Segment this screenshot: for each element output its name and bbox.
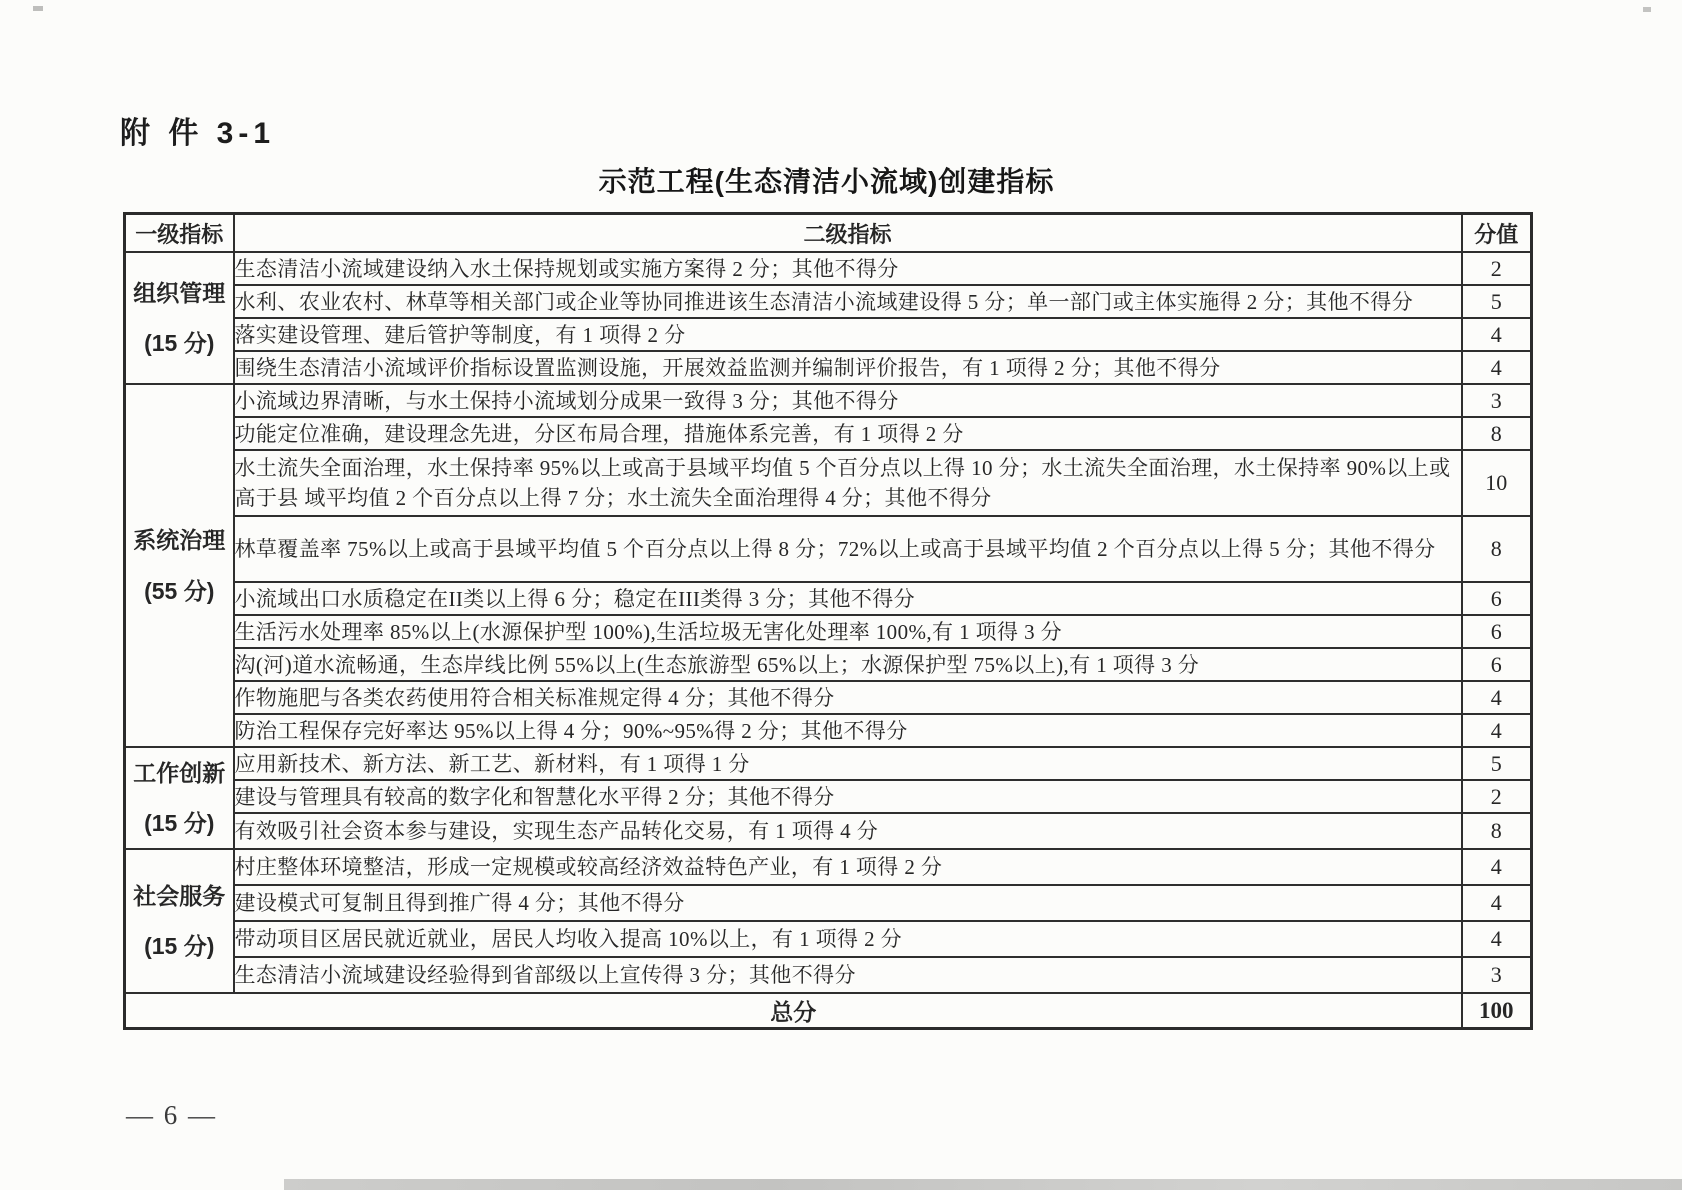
indicator-text: 村庄整体环境整洁，形成一定规模或较高经济效益特色产业，有 1 项得 2 分 — [234, 849, 1462, 885]
attachment-label: 附 件 3-1 — [120, 108, 275, 152]
table-row: 沟(河)道水流畅通，生态岸线比例 55%以上(生态旅游型 65%以上；水源保护型… — [125, 648, 1532, 681]
total-row: 总分 100 — [125, 993, 1532, 1029]
indicator-text: 生活污水处理率 85%以上(水源保护型 100%),生活垃圾无害化处理率 100… — [234, 615, 1462, 648]
group-name: 社会服务 — [126, 879, 233, 914]
page-title: 示范工程(生态清洁小流域)创建指标 — [123, 160, 1530, 200]
score-cell: 10 — [1462, 450, 1532, 516]
table-row: 社会服务 (15 分) 村庄整体环境整洁，形成一定规模或较高经济效益特色产业，有… — [125, 849, 1532, 885]
indicator-text: 建设模式可复制且得到推广得 4 分；其他不得分 — [234, 885, 1462, 921]
group-score: (15 分) — [126, 806, 233, 841]
table-row: 围绕生态清洁小流域评价指标设置监测设施，开展效益监测并编制评价报告，有 1 项得… — [125, 351, 1532, 384]
table-row: 带动项目区居民就近就业，居民人均收入提高 10%以上，有 1 项得 2 分 4 — [125, 921, 1532, 957]
score-cell: 3 — [1462, 384, 1532, 417]
indicator-text: 带动项目区居民就近就业，居民人均收入提高 10%以上，有 1 项得 2 分 — [234, 921, 1462, 957]
score-cell: 6 — [1462, 615, 1532, 648]
score-cell: 6 — [1462, 648, 1532, 681]
group-cell-organization: 组织管理 (15 分) — [125, 252, 234, 384]
table-header-primary: 一级指标 — [125, 214, 234, 253]
group-name: 工作创新 — [126, 756, 233, 791]
table-row: 生活污水处理率 85%以上(水源保护型 100%),生活垃圾无害化处理率 100… — [125, 615, 1532, 648]
score-cell: 4 — [1462, 351, 1532, 384]
table-row: 组织管理 (15 分) 生态清洁小流域建设纳入水土保持规划或实施方案得 2 分；… — [125, 252, 1532, 285]
table-row: 防治工程保存完好率达 95%以上得 4 分；90%~95%得 2 分；其他不得分… — [125, 714, 1532, 747]
group-cell-social: 社会服务 (15 分) — [125, 849, 234, 993]
indicator-text: 水土流失全面治理，水土保持率 95%以上或高于县域平均值 5 个百分点以上得 1… — [234, 450, 1462, 516]
table-row: 水土流失全面治理，水土保持率 95%以上或高于县域平均值 5 个百分点以上得 1… — [125, 450, 1532, 516]
scan-artifact-top-left — [33, 6, 43, 11]
score-cell: 5 — [1462, 747, 1532, 780]
indicator-table-container: 一级指标 二级指标 分值 组织管理 (15 分) 生态清洁小流域建设纳入水土保持… — [123, 212, 1530, 1030]
score-cell: 6 — [1462, 582, 1532, 615]
table-row: 落实建设管理、建后管护等制度，有 1 项得 2 分 4 — [125, 318, 1532, 351]
indicator-text: 防治工程保存完好率达 95%以上得 4 分；90%~95%得 2 分；其他不得分 — [234, 714, 1462, 747]
score-cell: 8 — [1462, 813, 1532, 849]
score-cell: 2 — [1462, 252, 1532, 285]
table-row: 工作创新 (15 分) 应用新技术、新方法、新工艺、新材料，有 1 项得 1 分… — [125, 747, 1532, 780]
score-cell: 5 — [1462, 285, 1532, 318]
indicator-text: 小流域出口水质稳定在II类以上得 6 分；稳定在III类得 3 分；其他不得分 — [234, 582, 1462, 615]
indicator-table: 一级指标 二级指标 分值 组织管理 (15 分) 生态清洁小流域建设纳入水土保持… — [123, 212, 1533, 1030]
indicator-text: 水利、农业农村、林草等相关部门或企业等协同推进该生态清洁小流域建设得 5 分；单… — [234, 285, 1462, 318]
score-cell: 2 — [1462, 780, 1532, 813]
indicator-text: 林草覆盖率 75%以上或高于县域平均值 5 个百分点以上得 8 分；72%以上或… — [234, 516, 1462, 582]
indicator-text: 功能定位准确，建设理念先进，分区布局合理，措施体系完善，有 1 项得 2 分 — [234, 417, 1462, 450]
group-cell-system: 系统治理 (55 分) — [125, 384, 234, 747]
indicator-text: 作物施肥与各类农药使用符合相关标准规定得 4 分；其他不得分 — [234, 681, 1462, 714]
indicator-text: 沟(河)道水流畅通，生态岸线比例 55%以上(生态旅游型 65%以上；水源保护型… — [234, 648, 1462, 681]
table-row: 小流域出口水质稳定在II类以上得 6 分；稳定在III类得 3 分；其他不得分 … — [125, 582, 1532, 615]
group-score: (15 分) — [126, 929, 233, 964]
indicator-text: 生态清洁小流域建设纳入水土保持规划或实施方案得 2 分；其他不得分 — [234, 252, 1462, 285]
group-name: 组织管理 — [126, 276, 233, 311]
table-row: 生态清洁小流域建设经验得到省部级以上宣传得 3 分；其他不得分 3 — [125, 957, 1532, 993]
total-score: 100 — [1462, 993, 1532, 1029]
scan-artifact-top-right — [1643, 7, 1651, 12]
score-cell: 4 — [1462, 921, 1532, 957]
table-row: 建设模式可复制且得到推广得 4 分；其他不得分 4 — [125, 885, 1532, 921]
score-cell: 8 — [1462, 417, 1532, 450]
group-score: (55 分) — [126, 574, 233, 609]
indicator-text: 有效吸引社会资本参与建设，实现生态产品转化交易，有 1 项得 4 分 — [234, 813, 1462, 849]
table-header-secondary: 二级指标 — [234, 214, 1462, 253]
table-row: 有效吸引社会资本参与建设，实现生态产品转化交易，有 1 项得 4 分 8 — [125, 813, 1532, 849]
total-label: 总分 — [125, 993, 1462, 1029]
indicator-text: 生态清洁小流域建设经验得到省部级以上宣传得 3 分；其他不得分 — [234, 957, 1462, 993]
table-row: 作物施肥与各类农药使用符合相关标准规定得 4 分；其他不得分 4 — [125, 681, 1532, 714]
score-cell: 4 — [1462, 849, 1532, 885]
page-number: — 6 — — [126, 1100, 217, 1131]
table-row: 功能定位准确，建设理念先进，分区布局合理，措施体系完善，有 1 项得 2 分 8 — [125, 417, 1532, 450]
indicator-text: 建设与管理具有较高的数字化和智慧化水平得 2 分；其他不得分 — [234, 780, 1462, 813]
indicator-text: 小流域边界清晰，与水土保持小流域划分成果一致得 3 分；其他不得分 — [234, 384, 1462, 417]
table-header-row: 一级指标 二级指标 分值 — [125, 214, 1532, 253]
indicator-text: 围绕生态清洁小流域评价指标设置监测设施，开展效益监测并编制评价报告，有 1 项得… — [234, 351, 1462, 384]
group-name: 系统治理 — [126, 523, 233, 558]
table-row: 水利、农业农村、林草等相关部门或企业等协同推进该生态清洁小流域建设得 5 分；单… — [125, 285, 1532, 318]
score-cell: 3 — [1462, 957, 1532, 993]
table-row: 系统治理 (55 分) 小流域边界清晰，与水土保持小流域划分成果一致得 3 分；… — [125, 384, 1532, 417]
group-cell-innovation: 工作创新 (15 分) — [125, 747, 234, 849]
table-row: 建设与管理具有较高的数字化和智慧化水平得 2 分；其他不得分 2 — [125, 780, 1532, 813]
score-cell: 4 — [1462, 885, 1532, 921]
score-cell: 8 — [1462, 516, 1532, 582]
score-cell: 4 — [1462, 714, 1532, 747]
table-row: 林草覆盖率 75%以上或高于县域平均值 5 个百分点以上得 8 分；72%以上或… — [125, 516, 1532, 582]
scan-artifact-bar — [284, 1179, 1682, 1190]
table-header-score: 分值 — [1462, 214, 1532, 253]
indicator-text: 应用新技术、新方法、新工艺、新材料，有 1 项得 1 分 — [234, 747, 1462, 780]
indicator-text: 落实建设管理、建后管护等制度，有 1 项得 2 分 — [234, 318, 1462, 351]
score-cell: 4 — [1462, 681, 1532, 714]
group-score: (15 分) — [126, 326, 233, 361]
score-cell: 4 — [1462, 318, 1532, 351]
